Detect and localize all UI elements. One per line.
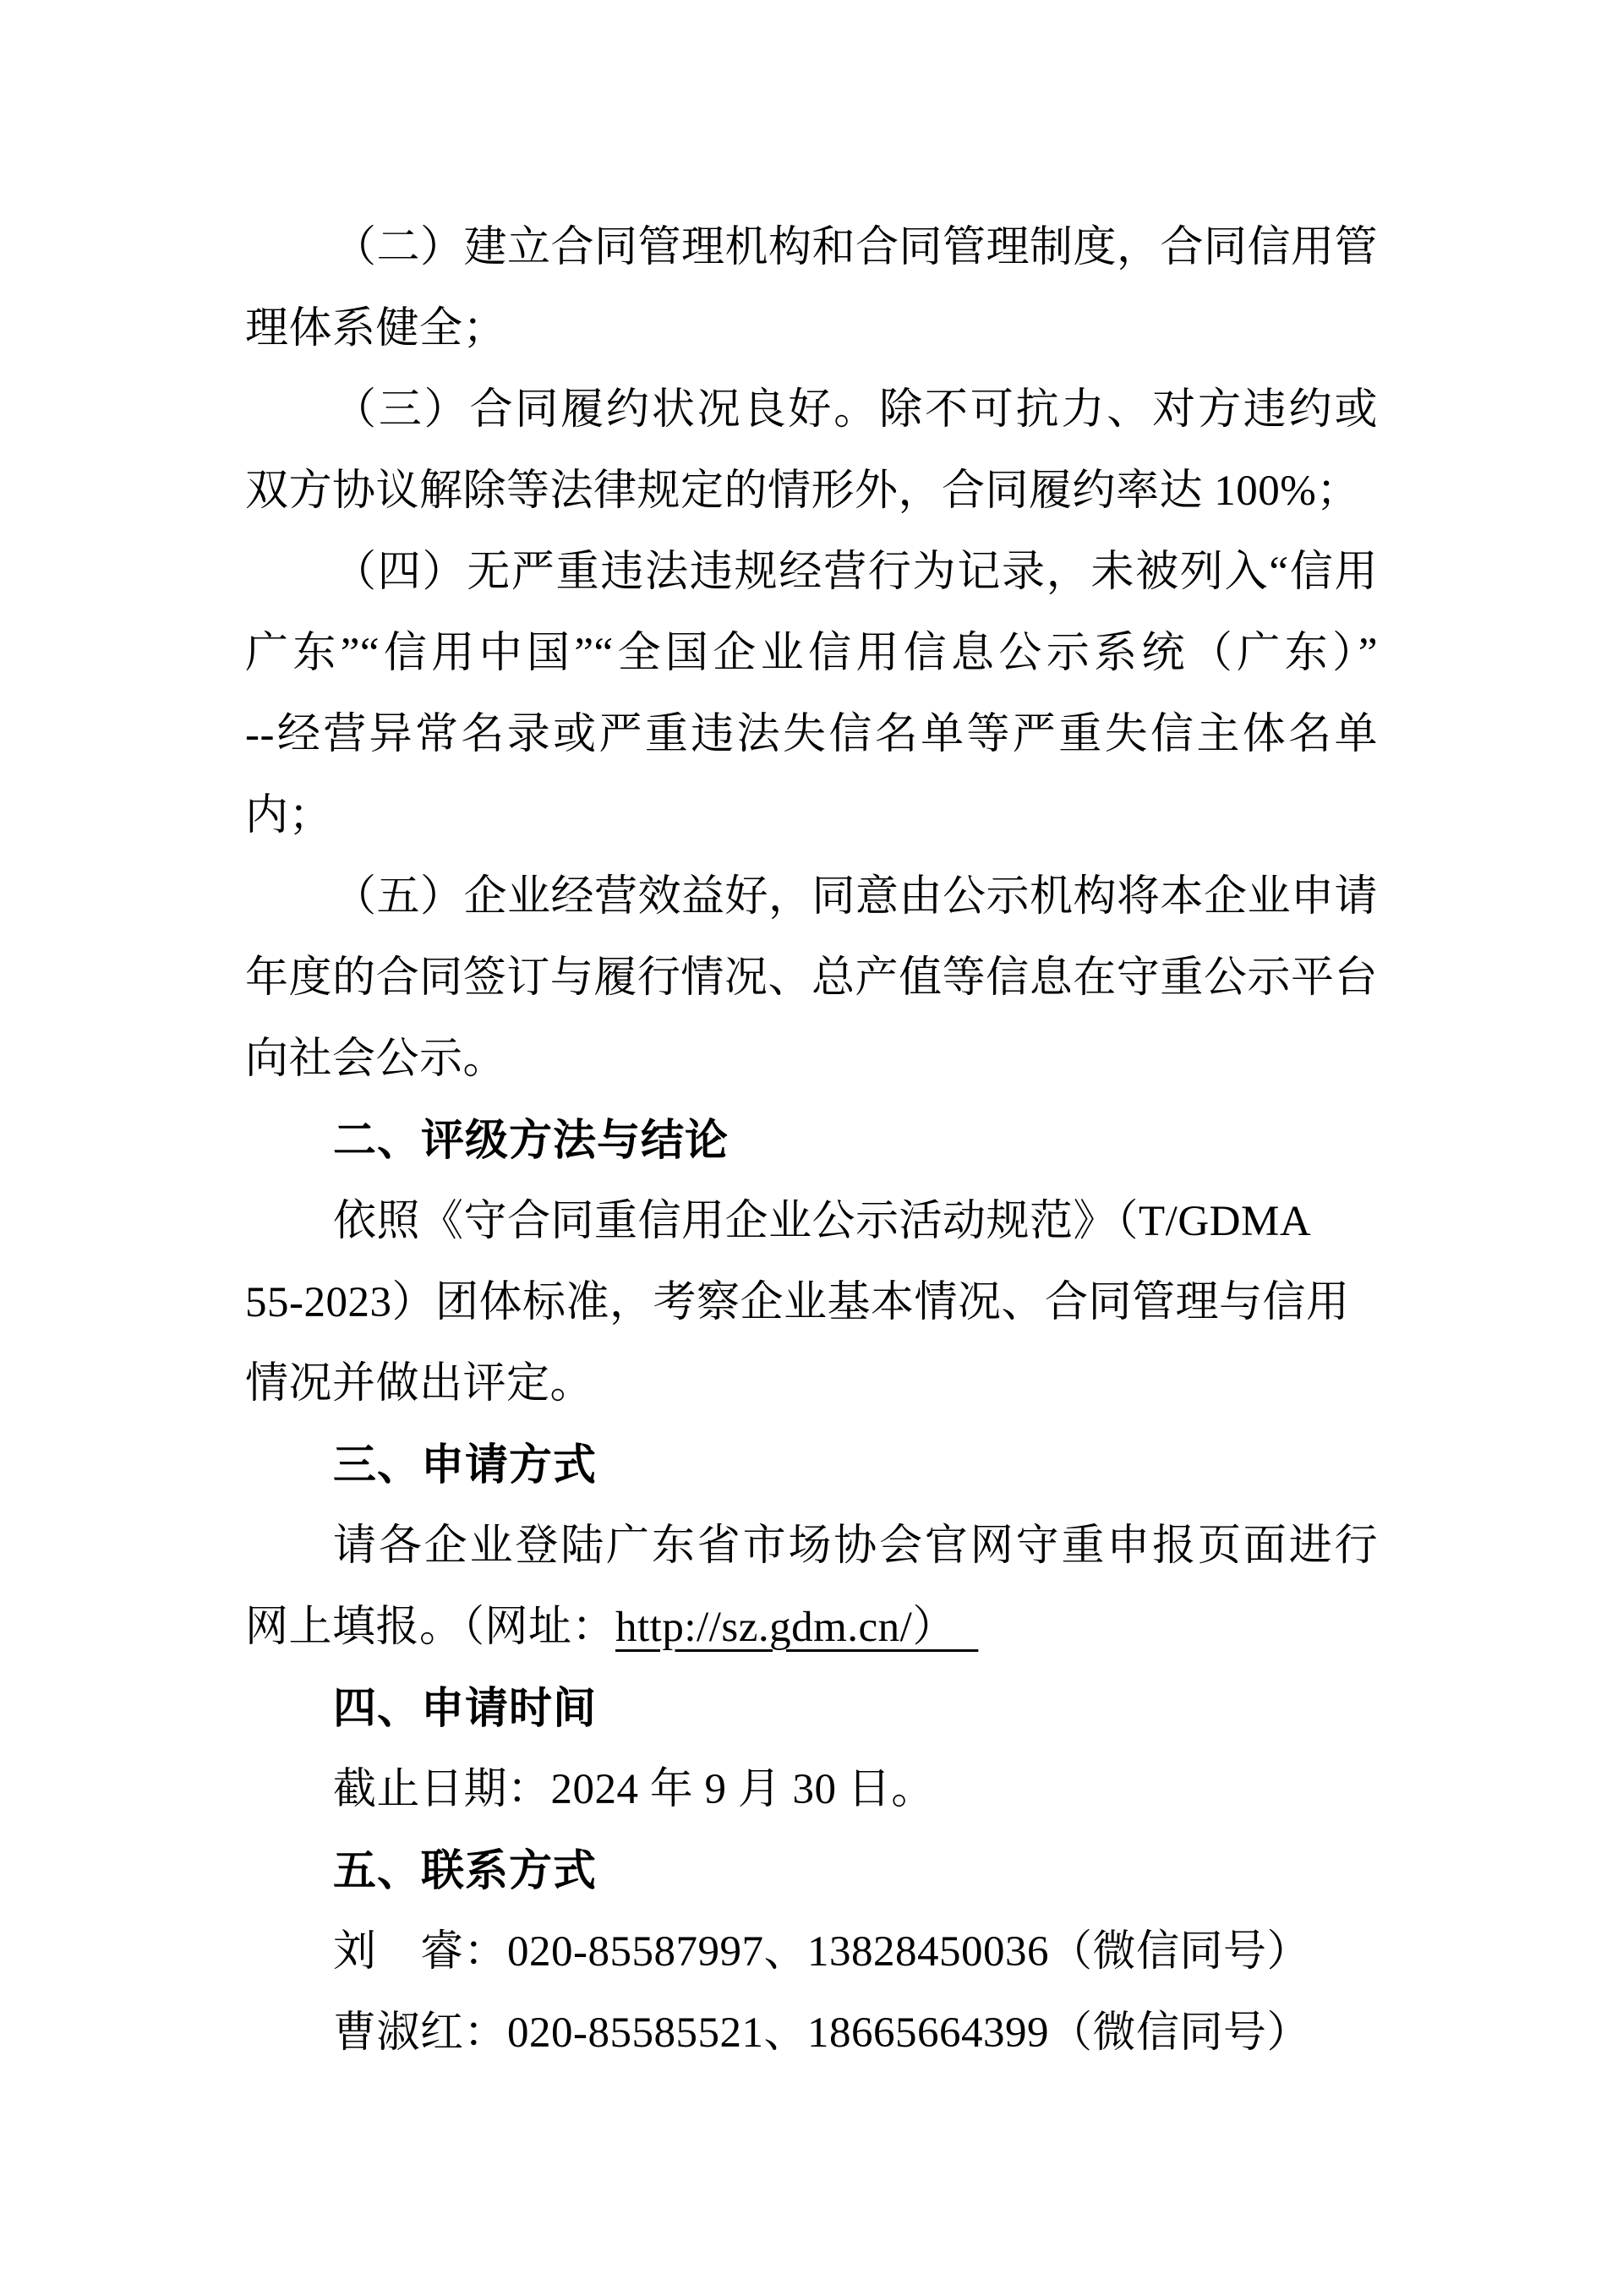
doc-line: （五）企业经营效益好，同意由公示机构将本企业申请: [245, 856, 1378, 938]
doc-text-segment: 网上填报。（网址：: [245, 1604, 615, 1651]
document-page: （二）建立合同管理机构和合同管理制度，合同信用管理体系健全；（三）合同履约状况良…: [0, 0, 1623, 2296]
doc-line: 双方协议解除等法律规定的情形外，合同履约率达 100%；: [245, 451, 1378, 532]
doc-line: 刘 睿：020-85587997、13828450036（微信同号）: [245, 1911, 1378, 1993]
doc-line: 请各企业登陆广东省市场协会官网守重申报页面进行: [245, 1506, 1378, 1587]
section-heading: 三、申请方式: [245, 1424, 1378, 1506]
doc-line: 广东”“信用中国”“全国企业信用信息公示系统（广东）”: [245, 613, 1378, 694]
doc-line: 理体系健全；: [245, 288, 1378, 369]
doc-line: （四）无严重违法违规经营行为记录，未被列入“信用: [245, 532, 1378, 613]
url-link[interactable]: http://sz.gdm.cn/）: [615, 1604, 978, 1651]
doc-line: 曹淑红：020-85585521、18665664399（微信同号）: [245, 1993, 1378, 2074]
doc-line: --经营异常名录或严重违法失信名单等严重失信主体名单: [245, 694, 1378, 775]
doc-line: 截止日期：2024 年 9 月 30 日。: [245, 1749, 1378, 1830]
doc-line: 情况并做出评定。: [245, 1343, 1378, 1424]
doc-line: （三）合同履约状况良好。除不可抗力、对方违约或: [245, 369, 1378, 451]
document-text-block: （二）建立合同管理机构和合同管理制度，合同信用管理体系健全；（三）合同履约状况良…: [245, 207, 1378, 2074]
doc-line: 依照《守合同重信用企业公示活动规范》（T/GDMA: [245, 1181, 1378, 1262]
doc-line: 年度的合同签订与履行情况、总产值等信息在守重公示平台: [245, 938, 1378, 1019]
doc-line: 55-2023）团体标准，考察企业基本情况、合同管理与信用: [245, 1262, 1378, 1343]
doc-line: 内；: [245, 775, 1378, 856]
section-heading: 二、评级方法与结论: [245, 1100, 1378, 1181]
section-heading: 五、联系方式: [245, 1830, 1378, 1911]
doc-line: （二）建立合同管理机构和合同管理制度，合同信用管: [245, 207, 1378, 288]
section-heading: 四、申请时间: [245, 1668, 1378, 1749]
doc-line: 向社会公示。: [245, 1019, 1378, 1100]
doc-line: 网上填报。（网址：http://sz.gdm.cn/）: [245, 1587, 1378, 1668]
